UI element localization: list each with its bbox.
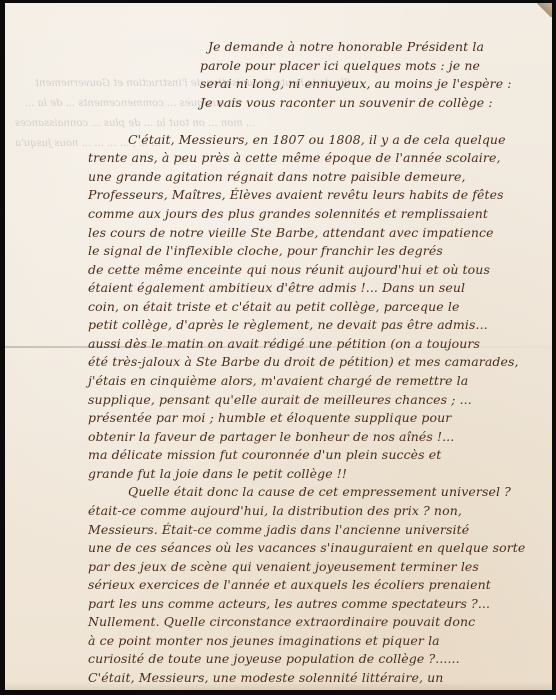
manuscript-line: aussi dès le matin on avait rédigé une p… [88,336,480,351]
manuscript-line: j'étais en cinquième alors, m'avaient ch… [88,373,468,388]
manuscript-line: C'était, Messieurs, en 1807 ou 1808, il … [128,132,506,147]
manuscript-line: étaient également ambitieux d'être admis… [88,280,465,295]
manuscript-line: serai ni long, ni ennuyeux, au moins je … [200,76,512,91]
manuscript-line: les cours de notre vieille Ste Barbe, at… [88,225,494,240]
manuscript-line: obtenir la faveur de partager le bonheur… [88,429,454,444]
bleed-through-line: ... mon ... on tout la ... de plus ... c… [15,118,255,128]
manuscript-line: Professeurs, Maîtres, Élèves avaient rev… [88,187,504,202]
manuscript-line: coin, on était triste et c'était au peti… [88,299,459,314]
manuscript-line: une grande agitation régnait dans notre … [88,169,466,184]
manuscript-page: ville de la haute Organisation de l'inst… [5,3,552,690]
manuscript-line: Je demande à notre honorable Président l… [208,39,484,54]
manuscript-line: à ce point monter nos jeunes imagination… [88,633,440,648]
manuscript-line: part les uns comme acteurs, les autres c… [88,596,490,611]
manuscript-line: trente ans, à peu près à cette même époq… [88,150,501,165]
manuscript-line: parole pour placer ici quelques mots : j… [200,58,480,73]
corner-curl [536,3,552,17]
manuscript-line: Je vais vous raconter un souvenir de col… [200,95,493,110]
manuscript-line: Quelle était donc la cause de cet empres… [128,484,511,499]
manuscript-line: de cette même enceinte qui nous réunit a… [88,262,490,277]
manuscript-line: comme aux jours des plus grandes solenni… [88,206,488,221]
manuscript-line: présentée par moi ; humble et éloquente … [88,410,451,425]
manuscript-line: le signal de l'inflexible cloche, pour f… [88,243,443,258]
manuscript-line: par des jeux de scène qui venaient joyeu… [88,559,479,574]
manuscript-line: ma délicate mission fut couronnée d'un p… [88,447,441,462]
manuscript-line: était-ce comme aujourd'hui, la distribut… [88,503,462,518]
manuscript-line: Messieurs. Était-ce comme jadis dans l'a… [88,522,469,537]
manuscript-line: Nullement. Quelle circonstance extraordi… [88,614,475,629]
manuscript-line: été très-jaloux à Ste Barbe du droit de … [88,354,519,369]
manuscript-line: curiosité de toute une joyeuse populatio… [88,651,460,666]
manuscript-line: petit collège, d'après le règlement, ne … [88,317,488,332]
manuscript-line: sérieux exercices de l'année et auxquels… [88,577,491,592]
manuscript-line: C'était, Messieurs, une modeste solennit… [88,670,443,685]
manuscript-line: grande fut la joie dans le petit collège… [88,466,347,481]
manuscript-line: supplique, pensant qu'elle aurait de mei… [88,392,472,407]
manuscript-line: une de ces séances où les vacances s'ina… [88,540,525,555]
